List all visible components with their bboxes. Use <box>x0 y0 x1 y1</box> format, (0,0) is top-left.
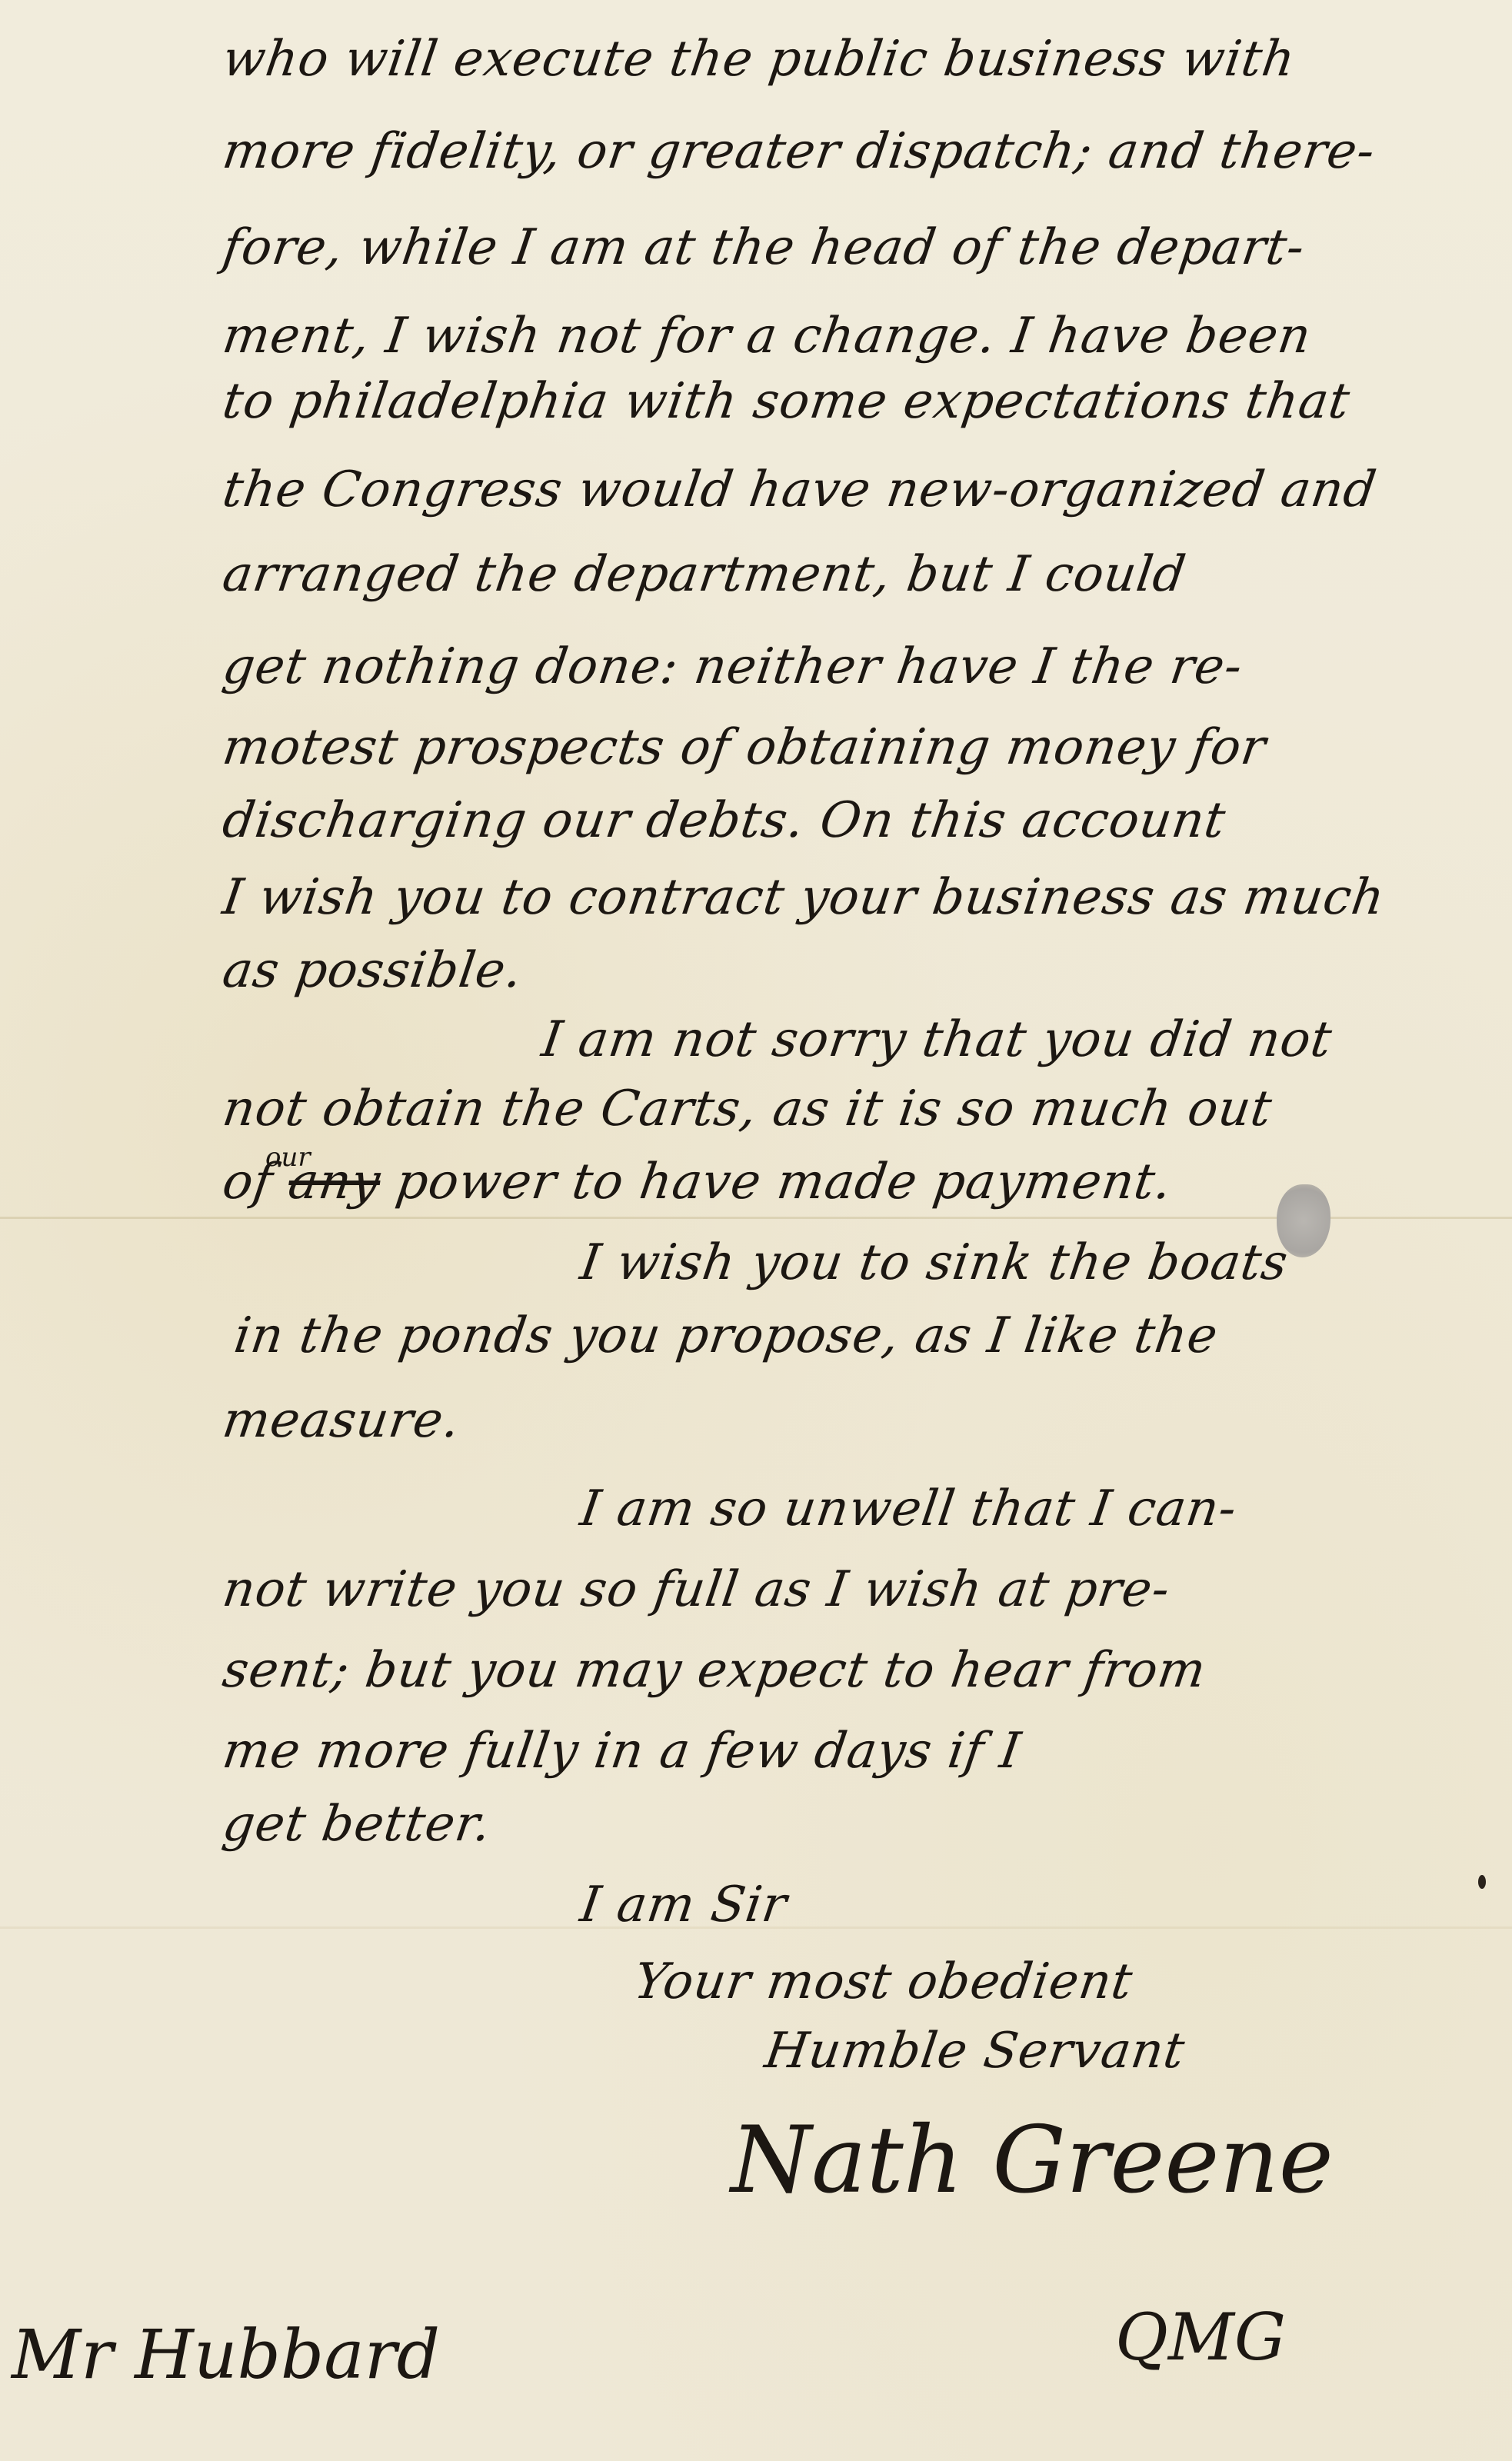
ink-spot <box>1478 1875 1486 1889</box>
closing-line-1: I am Sir <box>577 1877 791 1933</box>
letter-line: measure. <box>219 1392 464 1449</box>
letter-line: motest prospects of obtaining money for <box>219 719 1270 776</box>
letter-line: I am so unwell that I can- <box>577 1480 1241 1537</box>
letter-line: I wish you to contract your business as … <box>219 869 1388 926</box>
letter-line: get nothing done: neither have I the re- <box>219 638 1246 695</box>
letter-line: not write you so full as I wish at pre- <box>219 1561 1174 1618</box>
letter-line: who will execute the public business wit… <box>219 31 1299 88</box>
letter-line: in the ponds you propose, as I like the <box>231 1307 1221 1364</box>
letter-line: I am not sorry that you did not <box>538 1011 1336 1068</box>
letter-line-with-correction: of any power to have made payment. <box>219 1154 1175 1211</box>
letter-line: me more fully in a few days if I <box>219 1723 1024 1780</box>
closing-line-2: Your most obedient <box>631 1953 1137 2010</box>
inserted-word: our <box>265 1142 311 1173</box>
letter-line: as possible. <box>219 942 526 999</box>
signature: Nath Greene <box>731 2107 1334 2214</box>
letter-line: not obtain the Carts, as it is so much o… <box>219 1081 1276 1137</box>
letter-line: fore, while I am at the head of the depa… <box>219 219 1308 276</box>
letter-line: to philadelphia with some expectations t… <box>219 373 1354 430</box>
letter-line: discharging our debts. On this account <box>219 792 1229 849</box>
letter-line: the Congress would have new-organized an… <box>219 461 1380 518</box>
letter-line: get better. <box>219 1796 495 1853</box>
letter-page: who will execute the public business wit… <box>0 0 1512 2461</box>
letter-line: I wish you to sink the boats <box>577 1234 1292 1291</box>
signature-title: QMG <box>1115 2299 1286 2375</box>
letter-line: ment, I wish not for a change. I have be… <box>219 308 1315 365</box>
line-remainder: power to have made payment. <box>376 1154 1175 1211</box>
letter-line: sent; but you may expect to hear from <box>219 1642 1210 1699</box>
letter-line: more fidelity, or greater dispatch; and … <box>219 123 1379 180</box>
closing-line-3: Humble Servant <box>761 2023 1188 2080</box>
letter-line: arranged the department, but I could <box>219 546 1190 603</box>
addressee: Mr Hubbard <box>12 2315 440 2394</box>
